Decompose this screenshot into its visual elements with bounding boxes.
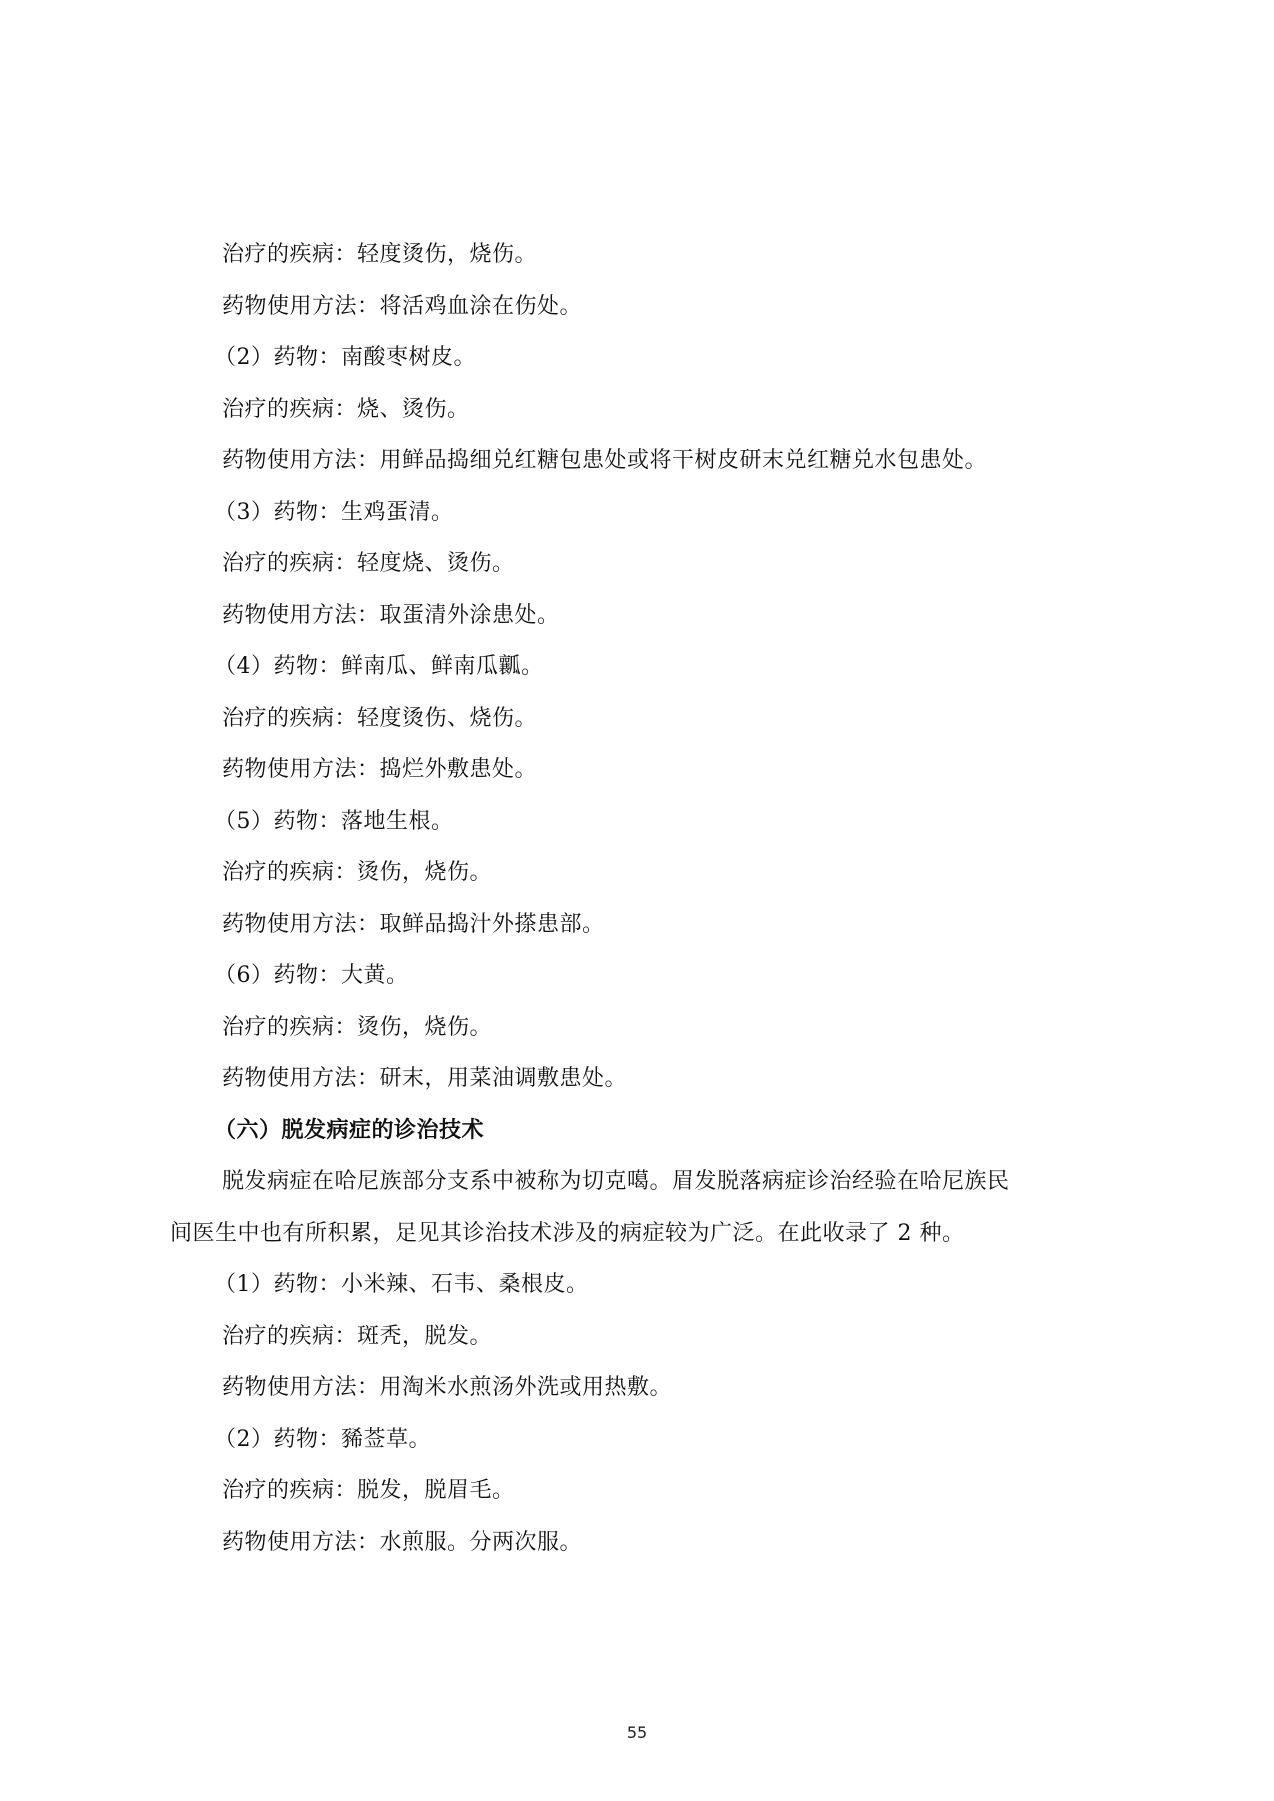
disease-line: 治疗的疾病：轻度烫伤，烧伤。: [222, 240, 537, 270]
method-line: 药物使用方法：取蛋清外涂患处。: [222, 601, 560, 631]
medicine-item: （5）药物：落地生根。: [214, 807, 454, 837]
disease-line: 治疗的疾病：斑秃，脱发。: [222, 1322, 492, 1352]
disease-line: 治疗的疾病：轻度烧、烫伤。: [222, 549, 515, 579]
method-line: 药物使用方法：捣烂外敷患处。: [222, 755, 537, 785]
disease-line: 治疗的疾病：烫伤，烧伤。: [222, 858, 492, 888]
medicine-item: （1）药物：小米辣、石韦、桑根皮。: [214, 1270, 589, 1300]
medicine-item: （2）药物：豨莶草。: [214, 1425, 431, 1455]
medicine-item: （6）药物：大黄。: [214, 961, 409, 991]
method-line: 药物使用方法：水煎服。分两次服。: [222, 1528, 582, 1558]
section-intro-line-1: 脱发病症在哈尼族部分支系中被称为切克噶。眉发脱落病症诊治经验在哈尼族民: [222, 1167, 1010, 1197]
disease-line: 治疗的疾病：轻度烫伤、烧伤。: [222, 704, 537, 734]
medicine-item: （2）药物：南酸枣树皮。: [214, 343, 476, 373]
method-line: 药物使用方法：研末，用菜油调敷患处。: [222, 1064, 627, 1094]
section-heading: （六）脱发病症的诊治技术: [214, 1116, 484, 1146]
method-line: 药物使用方法：用淘米水煎汤外洗或用热敷。: [222, 1373, 672, 1403]
page-number: 55: [0, 1723, 1274, 1742]
method-line: 药物使用方法：将活鸡血涂在伤处。: [222, 292, 582, 322]
disease-line: 治疗的疾病：脱发，脱眉毛。: [222, 1476, 515, 1506]
disease-line: 治疗的疾病：烫伤，烧伤。: [222, 1013, 492, 1043]
section-intro-line-2: 间医生中也有所积累，足见其诊治技术涉及的病症较为广泛。在此收录了 2 种。: [170, 1219, 965, 1249]
method-line: 药物使用方法：用鲜品捣细兑红糖包患处或将干树皮研末兑红糖兑水包患处。: [222, 446, 987, 476]
disease-line: 治疗的疾病：烧、烫伤。: [222, 395, 470, 425]
document-page: 治疗的疾病：轻度烫伤，烧伤。 药物使用方法：将活鸡血涂在伤处。 （2）药物：南酸…: [0, 0, 1274, 1801]
method-line: 药物使用方法：取鲜品捣汁外搽患部。: [222, 910, 605, 940]
medicine-item: （4）药物：鲜南瓜、鲜南瓜瓤。: [214, 652, 544, 682]
medicine-item: （3）药物：生鸡蛋清。: [214, 498, 454, 528]
